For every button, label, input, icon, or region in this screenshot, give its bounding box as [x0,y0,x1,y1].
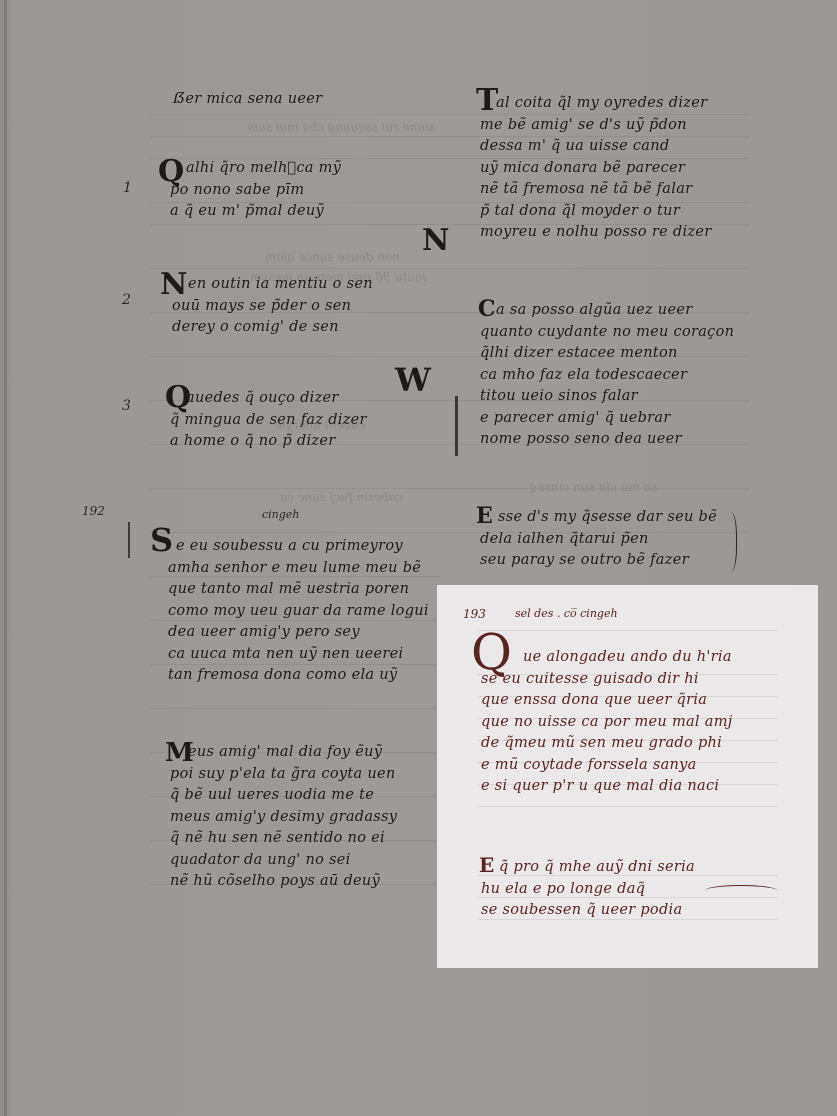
verse-line: quadator da ung' no sei [170,850,397,872]
verse-line: titou ueio sinos falar [480,386,734,408]
verse-line: e mũ coytade forssela sanya [481,755,733,777]
stanza-left-1: alhi q̃ro melh᷑ca mỹ po nono sabe pīm a … [170,158,341,223]
margin-number: 3 [122,398,131,414]
verse-line: nome posso seno dea ueer [480,429,734,451]
verse-line: po nono sabe pīm [170,180,341,202]
verse-line: alhi q̃ro melh᷑ca mỹ [170,158,341,180]
margin-number: 2 [122,292,131,308]
verse-line: que enssa dona que ueer q̃ria [481,690,733,712]
verse-line: se eu cuitesse guisado dir hi [481,669,733,691]
verse-line: tan fremosa dona como ela uỹ [168,665,429,687]
verse-line: dea ueer amig'y pero sey [168,622,429,644]
verse-line: dela ialhen q̃tarui p̃en [480,529,717,551]
verse-line: eus amig' mal dia foy ẽuỹ [170,742,397,764]
verse-line: nẽ hũ cõselho poys aū deuỹ [170,871,397,893]
verse-line: ẞer mica sena ueer [173,89,322,111]
verse-line: a sa posso algũa uez ueer [480,300,734,322]
ruling-line [150,708,440,709]
ruling-line [477,630,777,631]
stanza-left-5: eus amig' mal dia foy ẽuỹ poi suy p'ela … [170,742,397,893]
verse-line: ue alongadeu ando du h'ria [481,647,733,669]
decorated-initial-n: N [422,226,449,256]
stanza-right-0: al coita q̃l my oyredes dizer me bẽ amig… [480,93,711,244]
verse-line: q̃lhi dizer estacee menton [480,343,734,365]
verse-line: e parecer amig' q̃ uebrar [480,408,734,430]
verse-line: quanto cuydante no meu coraçon [480,322,734,344]
highlighted-region: 193 sel des . co̅ cingeh Q ue alongadeu … [437,585,818,968]
margin-number: 1 [123,180,132,196]
bleed-through-text: so mu cin sun cinsoq [530,480,657,494]
rubric-note: sel des . co̅ cingeh [515,607,618,620]
decorative-flourish [455,396,458,456]
verse-line: uỹ mica donara bẽ parecer [480,158,711,180]
verse-line: nẽ tã fremosa nẽ tã bẽ falar [480,179,711,201]
verse-line: ouū mays se p̃der o sen [172,296,373,318]
stanza-left-3: auedes q̃ ouço dizer q̃ mingua de sen fa… [170,388,367,453]
verse-line: q̃ mingua de sen faz dizer [170,410,367,432]
bleed-through-text: cabesin fucj sunc ca [280,490,403,504]
verse-line: meus amig'y desimy gradassy [170,807,397,829]
verse-line: que no uisse ca por meu mal amj [481,712,733,734]
stanza-left-2: en outin ia mentiu o sen ouū mays se p̃d… [172,274,373,339]
verse-line: auedes q̃ ouço dizer [170,388,367,410]
rubric-note: cingeh [262,508,299,521]
verse-line: e eu soubessu a cu primeyroy [168,536,429,558]
stanza-highlighted-1: q̃ pro q̃ mhe auỹ dni seria hu ela e po … [481,857,695,922]
verse-line: en outin ia mentiu o sen [172,274,373,296]
stanza-left-0: ẞer mica sena ueer [173,89,322,111]
verse-line: que tanto mal mẽ uestria poren [168,579,429,601]
verse-line: al coita q̃l my oyredes dizer [480,93,711,115]
ruling-line [477,806,777,807]
verse-line: sse d's my q̃sesse dar seu bẽ [480,507,717,529]
verse-line: a home o q̃ no p̃ dizer [170,431,367,453]
verse-line: se soubessen q̃ ueer podia [481,900,695,922]
verse-line: como moy ueu guar da rame logui [168,601,429,623]
ruling-line [150,268,750,269]
stanza-right-2: sse d's my q̃sesse dar seu bẽ dela ialhe… [480,507,717,572]
decorated-initial-w: W [395,364,431,396]
paragraph-mark [128,522,130,558]
verse-line: amha senhor e meu lume meu bẽ [168,558,429,580]
verse-line: hu ela e po longe daq̃ [481,879,695,901]
folio-number: 192 [82,504,105,518]
ruling-line [150,488,750,489]
page-edge [4,0,7,1116]
bleed-through-text: non deuse sunce ajam [265,250,400,264]
verse-line: e si quer p'r u que mal dia naci [481,776,733,798]
verse-line: de q̃meu mũ sen meu grado phi [481,733,733,755]
verse-line: ca mho faz ela todescaecer [480,365,734,387]
stanza-highlighted-0: ue alongadeu ando du h'ria se eu cuitess… [481,647,733,798]
bracket-mark [722,512,737,572]
flourish-stroke [705,885,777,896]
verse-line: q̃ bẽ uul ueres uodia me te [170,785,397,807]
verse-line: seu paray se outro bẽ fazer [480,550,717,572]
verse-line: ca uuca mta nen uỹ nen ueerei [168,644,429,666]
manuscript-page: sione rui ssauong cha mui suis non deuse… [0,0,837,1116]
verse-line: dessa m' q̃ ua uisse cand [480,136,711,158]
verse-line: moyreu e nolhu posso re dizer [480,222,711,244]
verse-line: q̃ pro q̃ mhe auỹ dni seria [481,857,695,879]
folio-number: 193 [463,607,486,621]
verse-line: a q̃ eu m' p̃mal deuỹ [170,201,341,223]
verse-line: poi suy p'ela ta g̃ra coyta uen [170,764,397,786]
verse-line: me bẽ amig' se d's uỹ p̃don [480,115,711,137]
stanza-left-4: e eu soubessu a cu primeyroy amha senhor… [168,536,429,687]
verse-line: p̃ tal dona q̃l moyder o tur [480,201,711,223]
bleed-through-text: sione rui ssauong cha mui suis [248,120,435,134]
verse-line: derey o comig' de sen [172,317,373,339]
stanza-right-1: a sa posso algũa uez ueer quanto cuydant… [480,300,734,451]
verse-line: q̃ nẽ hu sen nẽ sentido no ei [170,828,397,850]
